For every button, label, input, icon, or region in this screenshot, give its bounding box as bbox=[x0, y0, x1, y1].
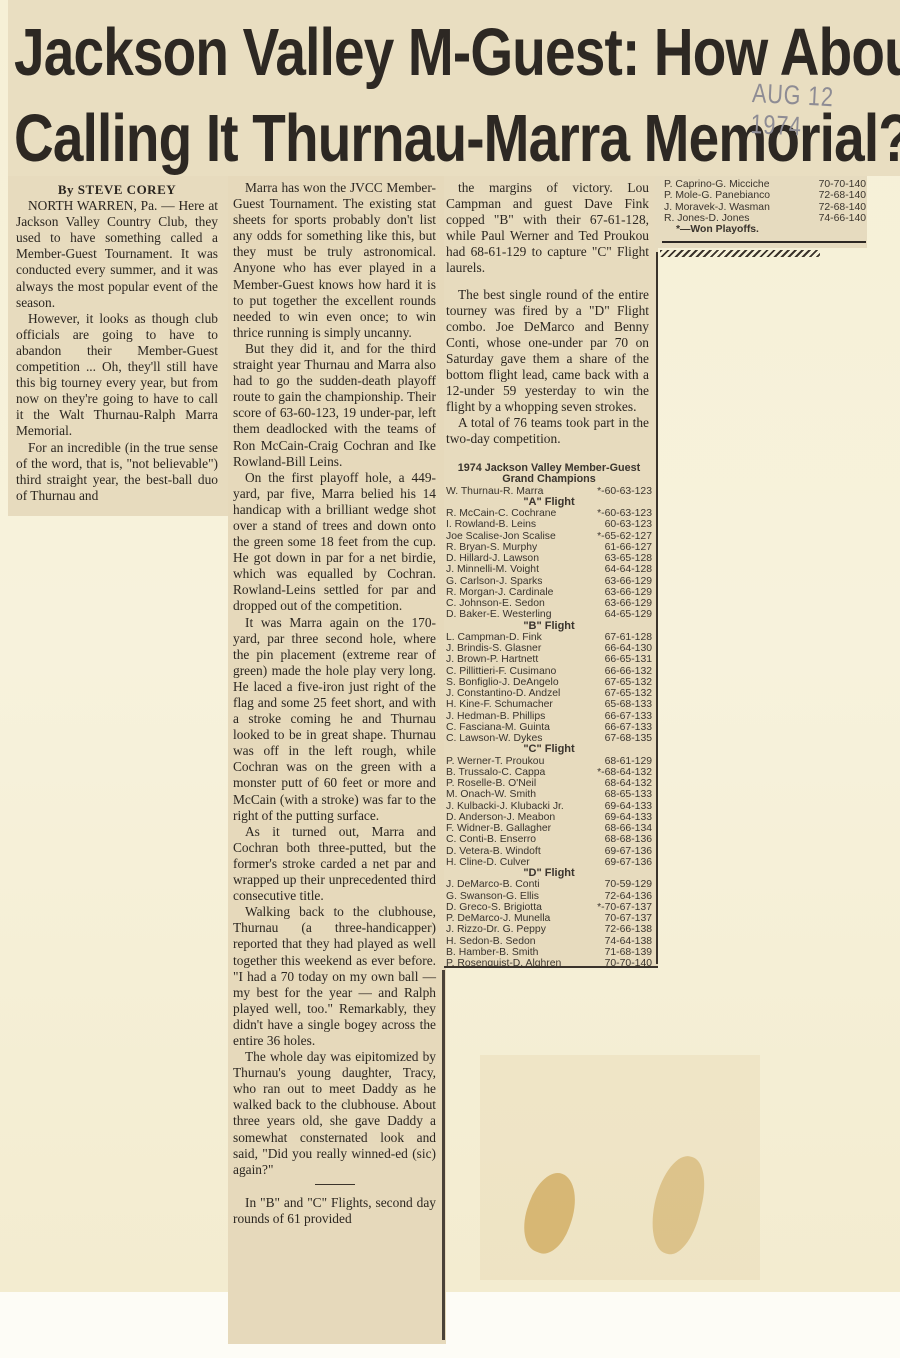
article-paragraph: In "B" and "C" Flights, second day round… bbox=[233, 1195, 436, 1227]
team-score: 70-59-129 bbox=[605, 879, 652, 890]
article-paragraph: A total of 76 teams took part in the two… bbox=[446, 415, 649, 447]
result-row: P. Werner-T. Proukou68-61-129 bbox=[446, 756, 652, 767]
result-row: G. Swanson-G. Ellis72-64-136 bbox=[446, 891, 652, 902]
divider-rule bbox=[662, 241, 866, 243]
team-name: C. Fasciana-M. Guinta bbox=[446, 722, 550, 733]
team-score: 63-66-129 bbox=[605, 576, 652, 587]
team-name: B. Trussalo-C. Cappa bbox=[446, 767, 545, 778]
team-score: 74-66-140 bbox=[819, 213, 866, 224]
team-score: 68-61-129 bbox=[605, 756, 652, 767]
team-score: 69-67-136 bbox=[605, 857, 652, 868]
article-paragraph: As it turned out, Marra and Cochran both… bbox=[233, 824, 436, 904]
team-name: J. Constantino-D. Andzel bbox=[446, 688, 560, 699]
result-row: R. Morgan-J. Cardinale63-66-129 bbox=[446, 587, 652, 598]
result-row: D. Vetera-B. Windoft69-67-136 bbox=[446, 846, 652, 857]
result-row: D. Baker-E. Westerling64-65-129 bbox=[446, 609, 652, 620]
team-score: 67-61-128 bbox=[605, 632, 652, 643]
team-name: J. DeMarco-B. Conti bbox=[446, 879, 540, 890]
team-name: R. Bryan-S. Murphy bbox=[446, 542, 537, 553]
team-score: 65-68-133 bbox=[605, 699, 652, 710]
headline: Jackson Valley M-Guest: How About Callin… bbox=[14, 10, 670, 182]
team-name: J. Kulbacki-J. Klubacki Jr. bbox=[446, 801, 564, 812]
result-row: P. Caprino-G. Micciche70-70-140 bbox=[664, 179, 866, 190]
playoff-footnote: *—Won Playoffs. bbox=[664, 224, 866, 235]
column-border bbox=[444, 966, 658, 968]
team-score: 66-65-131 bbox=[605, 654, 652, 665]
article-paragraph: Walking back to the clubhouse, Thurnau (… bbox=[233, 904, 436, 1049]
result-row: R. McCain-C. Cochrane*-60-63-123 bbox=[446, 508, 652, 519]
team-score: 68-66-134 bbox=[605, 823, 652, 834]
results-table-continued: P. Caprino-G. Micciche70-70-140P. Mole-G… bbox=[664, 179, 866, 235]
team-name: J. Brown-P. Hartnett bbox=[446, 654, 538, 665]
team-name: C. Pillittieri-F. Cusimano bbox=[446, 666, 556, 677]
flight-heading: "D" Flight bbox=[446, 868, 652, 879]
team-name: G. Carlson-J. Sparks bbox=[446, 576, 542, 587]
team-name: R. Morgan-J. Cardinale bbox=[446, 587, 553, 598]
result-row: C. Johnson-E. Sedon63-66-129 bbox=[446, 598, 652, 609]
article-column-2: Marra has won the JVCC Member-Guest Tour… bbox=[233, 180, 436, 1227]
team-name: D. Anderson-J. Meabon bbox=[446, 812, 555, 823]
result-row: D. Hillard-J. Lawson63-65-128 bbox=[446, 553, 652, 564]
result-row: R. Bryan-S. Murphy61-66-127 bbox=[446, 542, 652, 553]
team-name: D. Baker-E. Westerling bbox=[446, 609, 551, 620]
result-row: C. Fasciana-M. Guinta66-67-133 bbox=[446, 722, 652, 733]
team-name: P. Caprino-G. Micciche bbox=[664, 179, 769, 190]
section-divider bbox=[315, 1184, 355, 1185]
team-score: 71-68-139 bbox=[605, 947, 652, 958]
team-name: Joe Scalise-Jon Scalise bbox=[446, 531, 556, 542]
result-row: R. Jones-D. Jones74-66-140 bbox=[664, 213, 866, 224]
team-score: *-65-62-127 bbox=[597, 531, 652, 542]
team-score: 63-65-128 bbox=[605, 553, 652, 564]
result-row: J. DeMarco-B. Conti70-59-129 bbox=[446, 879, 652, 890]
team-score: 70-67-137 bbox=[605, 913, 652, 924]
team-score: *-60-63-123 bbox=[597, 486, 652, 497]
team-score: 72-66-138 bbox=[605, 924, 652, 935]
team-score: 67-68-135 bbox=[605, 733, 652, 744]
result-row: H. Sedon-B. Sedon74-64-138 bbox=[446, 936, 652, 947]
result-row: J. Rizzo-Dr. G. Peppy72-66-138 bbox=[446, 924, 652, 935]
team-name: F. Widner-B. Gallagher bbox=[446, 823, 551, 834]
team-name: D. Greco-S. Brigiotta bbox=[446, 902, 542, 913]
team-name: B. Hamber-B. Smith bbox=[446, 947, 538, 958]
result-row: D. Greco-S. Brigiotta*-70-67-137 bbox=[446, 902, 652, 913]
column-border bbox=[656, 252, 658, 964]
article-paragraph: But they did it, and for the third strai… bbox=[233, 341, 436, 470]
team-score: 61-66-127 bbox=[605, 542, 652, 553]
result-row: Joe Scalise-Jon Scalise*-65-62-127 bbox=[446, 531, 652, 542]
cut-line-hatch bbox=[660, 250, 820, 257]
team-name: C. Johnson-E. Sedon bbox=[446, 598, 545, 609]
team-name: C. Conti-B. Enserro bbox=[446, 834, 536, 845]
article-paragraph: NORTH WARREN, Pa. — Here at Jackson Vall… bbox=[16, 198, 218, 311]
team-score: 72-68-140 bbox=[819, 190, 866, 201]
result-row: J. Kulbacki-J. Klubacki Jr.69-64-133 bbox=[446, 801, 652, 812]
team-name: J. Moravek-J. Wasman bbox=[664, 202, 770, 213]
paper-discoloration bbox=[480, 1055, 760, 1280]
article-paragraph: Marra has won the JVCC Member-Guest Tour… bbox=[233, 180, 436, 341]
team-score: 68-68-136 bbox=[605, 834, 652, 845]
team-score: 68-65-133 bbox=[605, 789, 652, 800]
result-row: I. Rowland-B. Leins60-63-123 bbox=[446, 519, 652, 530]
team-name: S. Bonfiglio-J. DeAngelo bbox=[446, 677, 559, 688]
result-row: B. Hamber-B. Smith71-68-139 bbox=[446, 947, 652, 958]
headline-line-2: Calling It Thurnau-Marra Memorial? bbox=[14, 96, 670, 182]
team-name: P. Roselle-B. O'Neil bbox=[446, 778, 536, 789]
team-score: *-60-63-123 bbox=[597, 508, 652, 519]
team-score: 69-64-133 bbox=[605, 801, 652, 812]
team-score: 60-63-123 bbox=[605, 519, 652, 530]
result-row: J. Constantino-D. Andzel67-65-132 bbox=[446, 688, 652, 699]
team-score: *-70-67-137 bbox=[597, 902, 652, 913]
result-row: J. Moravek-J. Wasman72-68-140 bbox=[664, 202, 866, 213]
flight-heading: "A" Flight bbox=[446, 497, 652, 508]
team-score: 66-64-130 bbox=[605, 643, 652, 654]
team-name: J. Hedman-B. Phillips bbox=[446, 711, 545, 722]
team-score: *-68-64-132 bbox=[597, 767, 652, 778]
byline: By STEVE COREY bbox=[16, 182, 218, 198]
article-paragraph: The best single round of the entire tour… bbox=[446, 287, 649, 416]
team-score: 67-65-132 bbox=[605, 688, 652, 699]
result-row: P. DeMarco-J. Munella70-67-137 bbox=[446, 913, 652, 924]
result-row: J. Brindis-S. Glasner66-64-130 bbox=[446, 643, 652, 654]
result-row: F. Widner-B. Gallagher68-66-134 bbox=[446, 823, 652, 834]
team-name: H. Kine-F. Schumacher bbox=[446, 699, 553, 710]
result-row: J. Brown-P. Hartnett66-65-131 bbox=[446, 654, 652, 665]
result-row: J. Hedman-B. Phillips66-67-133 bbox=[446, 711, 652, 722]
team-score: 63-66-129 bbox=[605, 598, 652, 609]
team-name: H. Cline-D. Culver bbox=[446, 857, 530, 868]
team-score: 70-70-140 bbox=[819, 179, 866, 190]
team-name: J. Brindis-S. Glasner bbox=[446, 643, 541, 654]
team-score: 69-67-136 bbox=[605, 846, 652, 857]
result-row: D. Anderson-J. Meabon69-64-133 bbox=[446, 812, 652, 823]
column-border bbox=[442, 970, 445, 1340]
article-paragraph: the margins of victory. Lou Campman and … bbox=[446, 180, 649, 277]
article-paragraph: On the first playoff hole, a 449-yard, p… bbox=[233, 470, 436, 615]
result-row: J. Minnelli-M. Voight64-64-128 bbox=[446, 564, 652, 575]
team-score: 66-66-132 bbox=[605, 666, 652, 677]
results-table: 1974 Jackson Valley Member-Guest Grand C… bbox=[446, 463, 652, 969]
team-score: 72-64-136 bbox=[605, 891, 652, 902]
result-row: P. Mole-G. Panebianco72-68-140 bbox=[664, 190, 866, 201]
results-subtitle: Grand Champions bbox=[446, 474, 652, 485]
team-score: 69-64-133 bbox=[605, 812, 652, 823]
team-name: P. Werner-T. Proukou bbox=[446, 756, 544, 767]
result-row: M. Onach-W. Smith68-65-133 bbox=[446, 789, 652, 800]
article-paragraph: However, it looks as though club officia… bbox=[16, 311, 218, 440]
team-score: 66-67-133 bbox=[605, 722, 652, 733]
team-score: 72-68-140 bbox=[819, 202, 866, 213]
team-name: D. Vetera-B. Windoft bbox=[446, 846, 541, 857]
flight-heading: "C" Flight bbox=[446, 744, 652, 755]
flight-heading: "B" Flight bbox=[446, 621, 652, 632]
result-row: H. Kine-F. Schumacher65-68-133 bbox=[446, 699, 652, 710]
article-paragraph: For an incredible (in the true sense of … bbox=[16, 440, 218, 504]
team-name: M. Onach-W. Smith bbox=[446, 789, 536, 800]
headline-line-1: Jackson Valley M-Guest: How About bbox=[14, 10, 670, 96]
article-paragraph: It was Marra again on the 170-yard, par … bbox=[233, 615, 436, 824]
team-name: P. Mole-G. Panebianco bbox=[664, 190, 770, 201]
team-score: 67-65-132 bbox=[605, 677, 652, 688]
result-row: C. Conti-B. Enserro68-68-136 bbox=[446, 834, 652, 845]
article-column-1: By STEVE COREY NORTH WARREN, Pa. — Here … bbox=[16, 182, 218, 504]
team-name: J. Rizzo-Dr. G. Peppy bbox=[446, 924, 546, 935]
team-name: H. Sedon-B. Sedon bbox=[446, 936, 536, 947]
result-row: G. Carlson-J. Sparks63-66-129 bbox=[446, 576, 652, 587]
team-name: R. McCain-C. Cochrane bbox=[446, 508, 556, 519]
team-name: R. Jones-D. Jones bbox=[664, 213, 749, 224]
result-row: P. Roselle-B. O'Neil68-64-132 bbox=[446, 778, 652, 789]
article-column-3: the margins of victory. Lou Campman and … bbox=[446, 180, 649, 448]
result-row: L. Campman-D. Fink67-61-128 bbox=[446, 632, 652, 643]
team-score: 64-64-128 bbox=[605, 564, 652, 575]
team-name: P. DeMarco-J. Munella bbox=[446, 913, 550, 924]
team-score: 74-64-138 bbox=[605, 936, 652, 947]
team-score: 68-64-132 bbox=[605, 778, 652, 789]
team-name: G. Swanson-G. Ellis bbox=[446, 891, 539, 902]
article-paragraph: The whole day was eipitomized by Thurnau… bbox=[233, 1049, 436, 1178]
team-name: J. Minnelli-M. Voight bbox=[446, 564, 539, 575]
team-name: D. Hillard-J. Lawson bbox=[446, 553, 539, 564]
result-row: C. Pillittieri-F. Cusimano66-66-132 bbox=[446, 666, 652, 677]
result-row: B. Trussalo-C. Cappa*-68-64-132 bbox=[446, 767, 652, 778]
date-stamp: AUG 12 1974 bbox=[750, 78, 871, 146]
team-name: L. Campman-D. Fink bbox=[446, 632, 542, 643]
team-name: I. Rowland-B. Leins bbox=[446, 519, 536, 530]
team-score: 66-67-133 bbox=[605, 711, 652, 722]
team-score: 63-66-129 bbox=[605, 587, 652, 598]
team-score: 64-65-129 bbox=[605, 609, 652, 620]
result-row: S. Bonfiglio-J. DeAngelo67-65-132 bbox=[446, 677, 652, 688]
